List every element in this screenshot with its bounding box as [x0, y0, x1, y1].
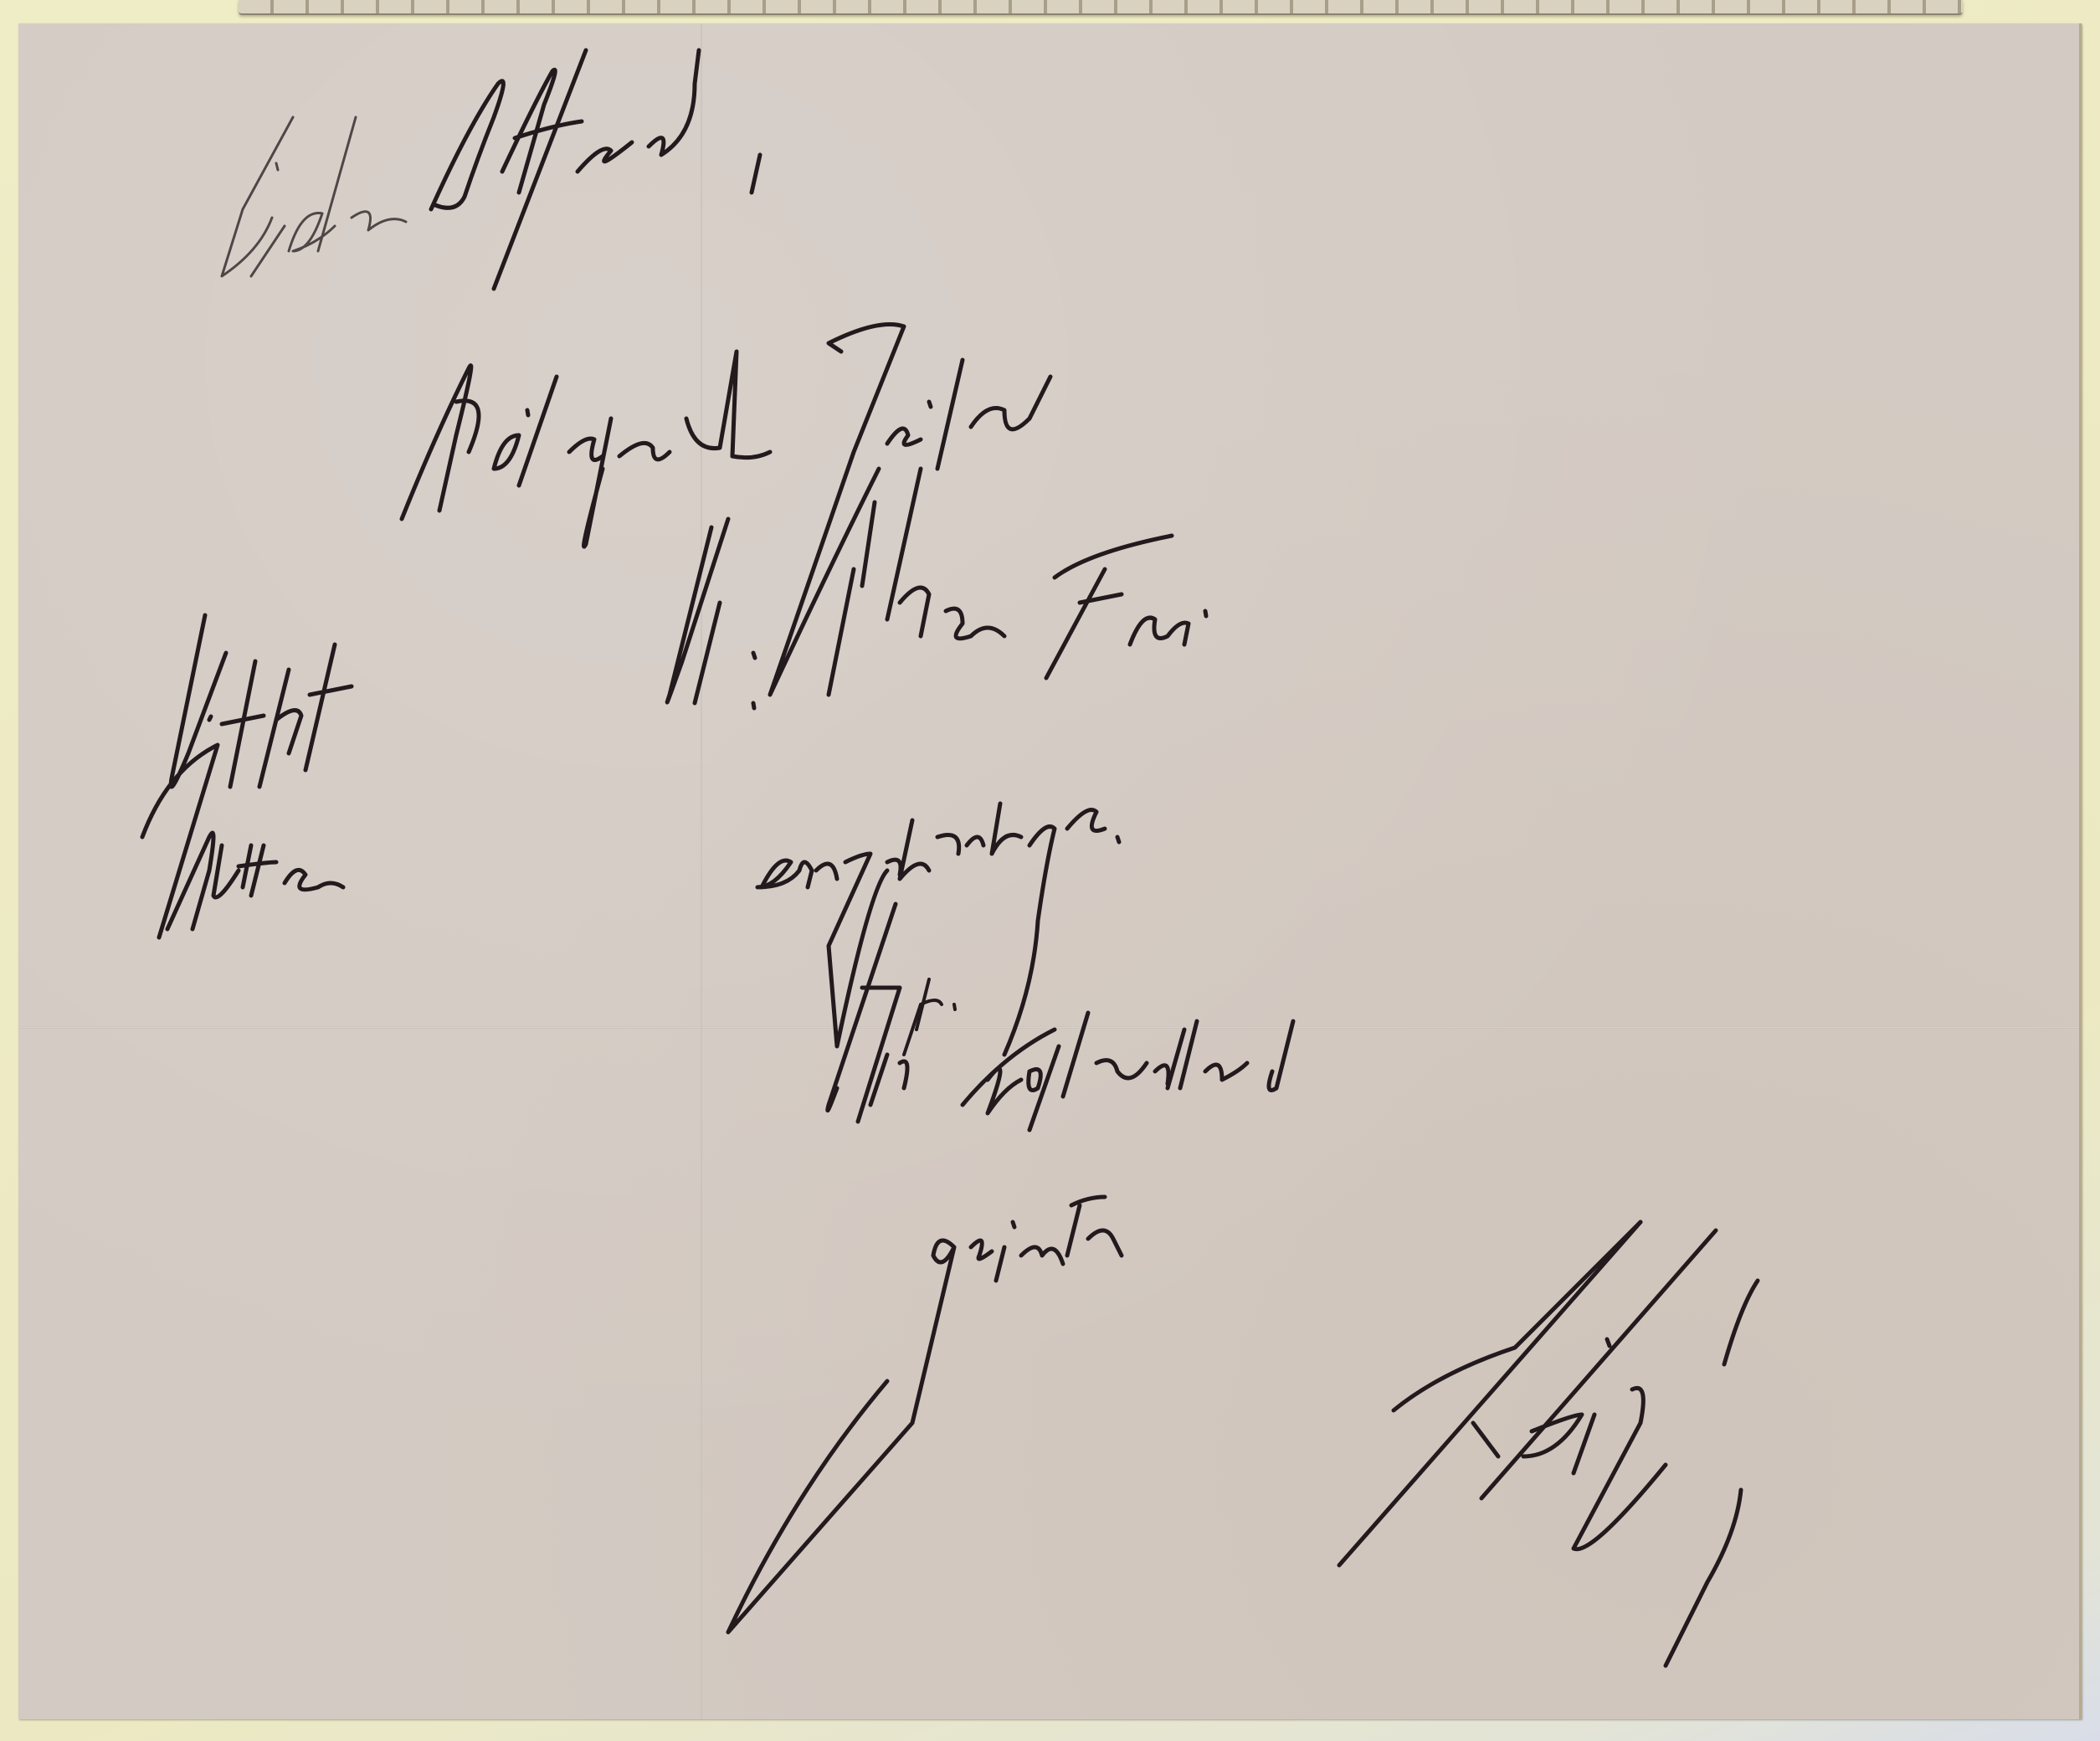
word-ihr	[828, 904, 907, 1122]
word-lieber	[222, 117, 406, 276]
word-bittet	[171, 615, 352, 787]
word-frau	[1046, 536, 1206, 678]
word-si	[667, 519, 755, 708]
handwriting-strokes	[0, 0, 2100, 1741]
signature-fliszt	[1339, 1222, 1758, 1666]
word-stets-insertion	[904, 979, 955, 1055]
word-beiliegende	[402, 352, 770, 547]
word-einzuhaendigen	[757, 804, 1119, 1055]
word-gesinnter	[728, 1197, 1122, 1632]
word-ihrer	[829, 469, 1004, 695]
word-alfred	[431, 50, 760, 289]
